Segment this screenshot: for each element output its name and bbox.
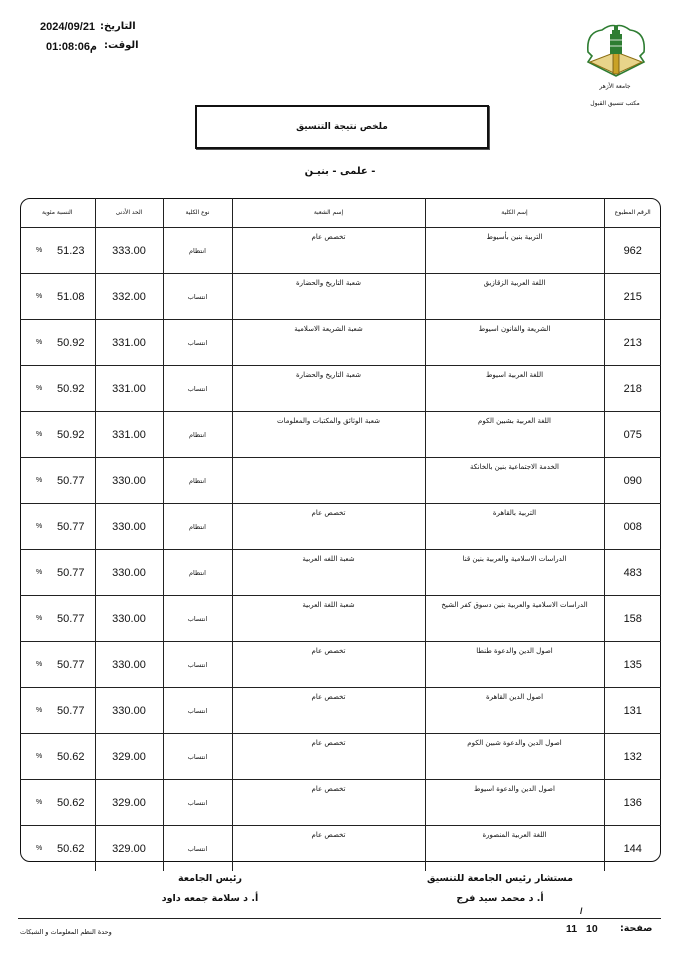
university-name: جامعة الأزهر — [575, 83, 655, 90]
branch-name-cell: شعبة التاريخ والحضارة — [232, 274, 425, 320]
percent-sign: % — [36, 431, 42, 438]
min-score-cell: 330.00 — [95, 458, 163, 504]
code-cell: 132 — [604, 734, 661, 780]
percent-sign: % — [36, 339, 42, 346]
college-type-cell: انتظام — [163, 412, 232, 458]
unit-name: وحدة النظم المعلومات و الشبكات — [20, 928, 112, 936]
branch-name-cell: شعبة التاريخ والحضارة — [232, 366, 425, 412]
percent-sign: % — [36, 523, 42, 530]
percentage-value: 51.08 — [57, 291, 85, 303]
table-row: %50.77330.00انتظامتخصص عامالتربية بالقاه… — [20, 504, 661, 550]
time-label: الوقت: — [104, 40, 139, 51]
code-cell: 215 — [604, 274, 661, 320]
percentage-value: 50.62 — [57, 751, 85, 763]
percentage-cell: %50.77 — [20, 642, 95, 688]
college-name-cell: اصول الدين والدعوة طنطا — [425, 642, 604, 688]
percentage-value: 50.77 — [57, 475, 85, 487]
percentage-value: 51.23 — [57, 245, 85, 257]
college-type-cell: انتساب — [163, 274, 232, 320]
code-cell: 131 — [604, 688, 661, 734]
min-score-cell: 331.00 — [95, 366, 163, 412]
percent-sign: % — [36, 385, 42, 392]
table-row: %50.92331.00انتسابشعبة الشريعة الاسلامية… — [20, 320, 661, 366]
branch-name-cell: تخصص عام — [232, 504, 425, 550]
table-row: %50.77330.00انتسابتخصص عاماصول الدين وال… — [20, 642, 661, 688]
college-type-cell: انتساب — [163, 780, 232, 826]
coordinator-title: مستشار رئيس الجامعة للتنسيق — [400, 873, 600, 884]
code-cell: 144 — [604, 826, 661, 872]
report-subtitle: - علمى - بنيـن — [240, 166, 440, 177]
table-row: %50.92331.00انتظامشعبة الوثائق والمكتبات… — [20, 412, 661, 458]
percentage-cell: %50.77 — [20, 596, 95, 642]
code-cell: 008 — [604, 504, 661, 550]
office-name: مكتب تنسيق القبول — [575, 100, 655, 107]
coordinator-name: أ. د محمد سيد فرج — [400, 893, 600, 904]
percentage-cell: %51.23 — [20, 228, 95, 274]
percent-sign: % — [36, 799, 42, 806]
azhar-emblem-icon — [582, 22, 650, 80]
branch-name-cell: تخصص عام — [232, 734, 425, 780]
college-name-cell: اللغة العربية اسيوط — [425, 366, 604, 412]
code-cell: 218 — [604, 366, 661, 412]
college-name-cell: اللغة العربية الزقازيق — [425, 274, 604, 320]
min-score-cell: 329.00 — [95, 780, 163, 826]
branch-name-cell: شعبة اللغة العربية — [232, 596, 425, 642]
code-cell: 962 — [604, 228, 661, 274]
min-score-cell: 332.00 — [95, 274, 163, 320]
university-logo — [582, 22, 650, 80]
percentage-cell: %50.92 — [20, 320, 95, 366]
percentage-cell: %50.62 — [20, 734, 95, 780]
percentage-value: 50.77 — [57, 659, 85, 671]
percentage-value: 50.62 — [57, 797, 85, 809]
percentage-cell: %50.77 — [20, 688, 95, 734]
report-title: ملخص نتيجة التنسيق — [195, 105, 489, 149]
min-score-cell: 330.00 — [95, 688, 163, 734]
code-cell: 090 — [604, 458, 661, 504]
date-value: 2024/09/21 — [40, 21, 95, 33]
percentage-value: 50.62 — [57, 843, 85, 855]
college-type-cell: انتساب — [163, 688, 232, 734]
results-table: النسبة مئوية الحد الأدنى نوع الكلية إسم … — [20, 198, 661, 871]
code-cell: 135 — [604, 642, 661, 688]
branch-name-cell: تخصص عام — [232, 228, 425, 274]
president-title: رئيس الجامعة — [130, 873, 290, 884]
branch-name-cell: تخصص عام — [232, 780, 425, 826]
percent-sign: % — [36, 247, 42, 254]
percent-sign: % — [36, 477, 42, 484]
percent-sign: % — [36, 661, 42, 668]
college-type-cell: انتساب — [163, 366, 232, 412]
percentage-cell: %50.62 — [20, 780, 95, 826]
page-label: صفحة: — [620, 923, 652, 934]
table-row: %50.77330.00انتسابشعبة اللغة العربيةالدر… — [20, 596, 661, 642]
branch-name-cell — [232, 458, 425, 504]
page-total: 11 — [566, 923, 577, 935]
percent-sign: % — [36, 845, 42, 852]
header-min-score: الحد الأدنى — [95, 198, 163, 228]
header-code: الرقم المطبوع — [604, 198, 661, 228]
min-score-cell: 330.00 — [95, 596, 163, 642]
percentage-value: 50.92 — [57, 383, 85, 395]
min-score-cell: 330.00 — [95, 550, 163, 596]
percentage-cell: %50.92 — [20, 366, 95, 412]
president-name: أ. د سلامة جمعه داود — [130, 893, 290, 904]
page-current: 10 — [586, 923, 598, 935]
code-cell: 075 — [604, 412, 661, 458]
percentage-cell: %50.77 — [20, 550, 95, 596]
table-row: %50.62329.00انتسابتخصص عاماصول الدين وال… — [20, 734, 661, 780]
college-type-cell: انتساب — [163, 320, 232, 366]
percent-sign: % — [36, 569, 42, 576]
college-name-cell: اللغة العربية المنصورة — [425, 826, 604, 872]
percentage-cell: %50.77 — [20, 458, 95, 504]
percentage-cell: %51.08 — [20, 274, 95, 320]
min-score-cell: 330.00 — [95, 504, 163, 550]
college-type-cell: انتظام — [163, 458, 232, 504]
branch-name-cell: شعبة الوثائق والمكتبات والمعلومات — [232, 412, 425, 458]
college-name-cell: الخدمة الاجتماعية بنين بالخانكة — [425, 458, 604, 504]
min-score-cell: 331.00 — [95, 320, 163, 366]
branch-name-cell: تخصص عام — [232, 688, 425, 734]
min-score-cell: 329.00 — [95, 734, 163, 780]
percentage-cell: %50.62 — [20, 826, 95, 872]
page-slash: / — [580, 906, 583, 916]
college-name-cell: الدراسات الاسلامية والعربية بنين قنا — [425, 550, 604, 596]
college-type-cell: انتساب — [163, 734, 232, 780]
college-type-cell: انتظام — [163, 504, 232, 550]
college-type-cell: انتساب — [163, 596, 232, 642]
college-name-cell: اصول الدين والدعوة شبين الكوم — [425, 734, 604, 780]
percentage-value: 50.92 — [57, 337, 85, 349]
table-row: %50.77330.00انتظامشعبة اللغه العربيةالدر… — [20, 550, 661, 596]
time-value: 01:08:06م — [46, 40, 97, 53]
table-row: %50.77330.00انتظامالخدمة الاجتماعية بنين… — [20, 458, 661, 504]
college-type-cell: انتساب — [163, 642, 232, 688]
college-name-cell: اصول الدين والدعوة اسيوط — [425, 780, 604, 826]
college-type-cell: انتساب — [163, 826, 232, 872]
college-name-cell: اللغة العربية بشبين الكوم — [425, 412, 604, 458]
table-row: %50.92331.00انتسابشعبة التاريخ والحضارةا… — [20, 366, 661, 412]
min-score-cell: 333.00 — [95, 228, 163, 274]
min-score-cell: 331.00 — [95, 412, 163, 458]
table-row: %51.23333.00انتظامتخصص عامالتربية بنين ب… — [20, 228, 661, 274]
percent-sign: % — [36, 293, 42, 300]
branch-name-cell: شعبة الشريعة الاسلامية — [232, 320, 425, 366]
branch-name-cell: تخصص عام — [232, 826, 425, 872]
college-name-cell: الشريعة والقانون اسيوط — [425, 320, 604, 366]
code-cell: 483 — [604, 550, 661, 596]
header-branch-name: إسم الشعبة — [232, 198, 425, 228]
branch-name-cell: تخصص عام — [232, 642, 425, 688]
college-name-cell: التربية بالقاهرة — [425, 504, 604, 550]
table-header-row: النسبة مئوية الحد الأدنى نوع الكلية إسم … — [20, 198, 661, 228]
percentage-value: 50.77 — [57, 567, 85, 579]
percent-sign: % — [36, 615, 42, 622]
min-score-cell: 330.00 — [95, 642, 163, 688]
footer-divider — [18, 918, 661, 919]
min-score-cell: 329.00 — [95, 826, 163, 872]
percent-sign: % — [36, 707, 42, 714]
college-type-cell: انتظام — [163, 550, 232, 596]
college-type-cell: انتظام — [163, 228, 232, 274]
percent-sign: % — [36, 753, 42, 760]
percentage-value: 50.77 — [57, 613, 85, 625]
table-row: %51.08332.00انتسابشعبة التاريخ والحضارةا… — [20, 274, 661, 320]
college-name-cell: اصول الدين القاهرة — [425, 688, 604, 734]
college-name-cell: التربية بنين بأسيوط — [425, 228, 604, 274]
college-name-cell: الدراسات الاسلامية والعربية بنين دسوق كف… — [425, 596, 604, 642]
table-row: %50.62329.00انتسابتخصص عاماصول الدين وال… — [20, 780, 661, 826]
header-percentage: النسبة مئوية — [20, 198, 95, 228]
branch-name-cell: شعبة اللغه العربية — [232, 550, 425, 596]
header-college-type: نوع الكلية — [163, 198, 232, 228]
code-cell: 158 — [604, 596, 661, 642]
percentage-cell: %50.77 — [20, 504, 95, 550]
date-label: التاريخ: — [100, 21, 136, 32]
percentage-cell: %50.92 — [20, 412, 95, 458]
percentage-value: 50.77 — [57, 705, 85, 717]
table-row: %50.77330.00انتسابتخصص عاماصول الدين الق… — [20, 688, 661, 734]
percentage-value: 50.92 — [57, 429, 85, 441]
code-cell: 213 — [604, 320, 661, 366]
code-cell: 136 — [604, 780, 661, 826]
header-college-name: إسم الكلية — [425, 198, 604, 228]
table-row: %50.62329.00انتسابتخصص عاماللغة العربية … — [20, 826, 661, 872]
percentage-value: 50.77 — [57, 521, 85, 533]
